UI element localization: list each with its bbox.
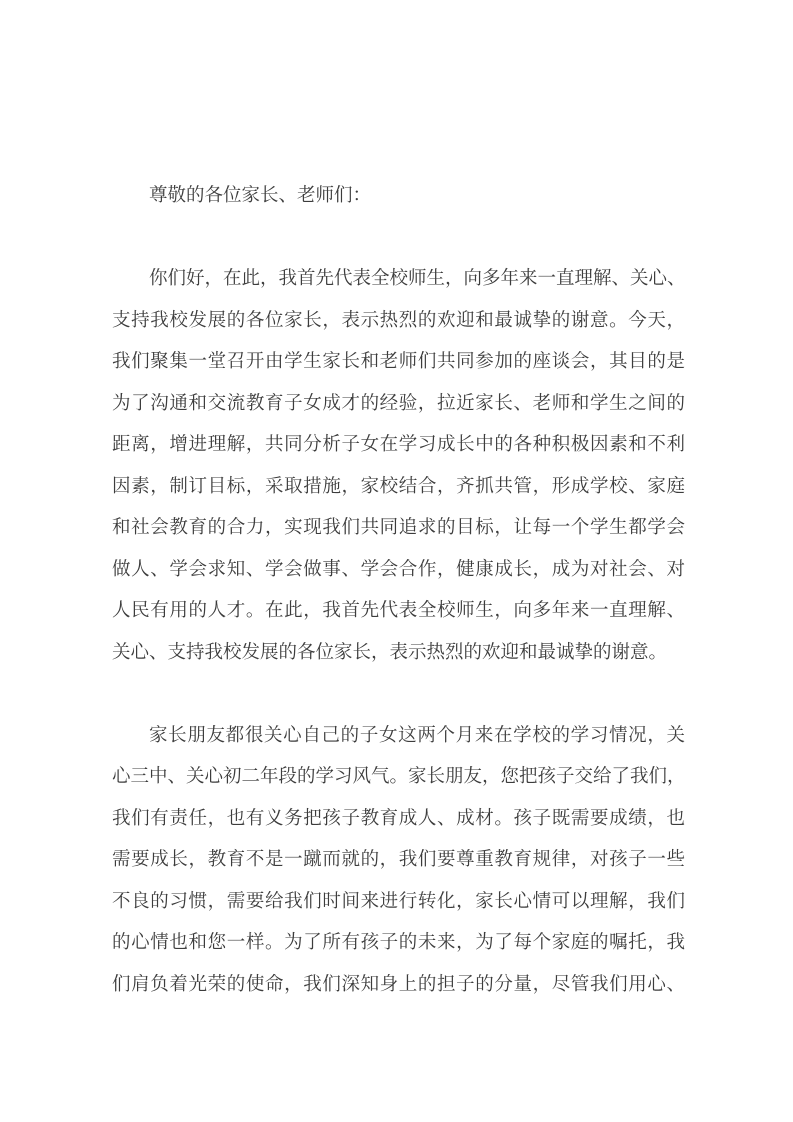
text-line: 为了沟通和交流教育子女成才的经验，拉近家长、老师和学生之间的	[112, 384, 685, 426]
text-line: 因素，制订目标，采取措施，家校结合，齐抓共管，形成学校、家庭	[112, 467, 685, 509]
document-page: 尊敬的各位家长、老师们： 你们好，在此，我首先代表全校师生，向多年来一直理解、关…	[0, 0, 793, 1122]
text-line: 心三中、关心初二年段的学习风气。家长朋友，您把孩子交给了我们，	[112, 757, 685, 799]
text-line: 家长朋友都很关心自己的子女这两个月来在学校的学习情况，关	[112, 716, 685, 758]
text-line: 和社会教育的合力，实现我们共同追求的目标，让每一个学生都学会	[112, 508, 685, 550]
greeting-paragraph: 尊敬的各位家长、老师们：	[112, 176, 685, 218]
text-line: 你们好，在此，我首先代表全校师生，向多年来一直理解、关心、	[112, 259, 685, 301]
text-line: 关心、支持我校发展的各位家长，表示热烈的欢迎和最诚挚的谢意。	[112, 633, 685, 675]
text-line: 我们聚集一堂召开由学生家长和老师们共同参加的座谈会，其目的是	[112, 342, 685, 384]
greeting-line: 尊敬的各位家长、老师们：	[112, 176, 685, 218]
text-line: 支持我校发展的各位家长，表示热烈的欢迎和最诚挚的谢意。今天，	[112, 301, 685, 343]
text-line: 做人、学会求知、学会做事、学会合作，健康成长，成为对社会、对	[112, 550, 685, 592]
text-line: 人民有用的人才。在此，我首先代表全校师生，向多年来一直理解、	[112, 591, 685, 633]
document-body: 尊敬的各位家长、老师们： 你们好，在此，我首先代表全校师生，向多年来一直理解、关…	[112, 176, 685, 1006]
paragraph-1: 你们好，在此，我首先代表全校师生，向多年来一直理解、关心、 支持我校发展的各位家…	[112, 259, 685, 674]
text-line: 距离，增进理解，共同分析子女在学习成长中的各种积极因素和不利	[112, 425, 685, 467]
text-line: 的心情也和您一样。为了所有孩子的未来，为了每个家庭的嘱托，我	[112, 923, 685, 965]
text-line: 们肩负着光荣的使命，我们深知身上的担子的分量，尽管我们用心、	[112, 965, 685, 1007]
text-line: 我们有责任，也有义务把孩子教育成人、成材。孩子既需要成绩，也	[112, 799, 685, 841]
text-line: 需要成长，教育不是一蹴而就的，我们要尊重教育规律，对孩子一些	[112, 840, 685, 882]
paragraph-2: 家长朋友都很关心自己的子女这两个月来在学校的学习情况，关 心三中、关心初二年段的…	[112, 716, 685, 1007]
text-line: 不良的习惯，需要给我们时间来进行转化，家长心情可以理解，我们	[112, 882, 685, 924]
